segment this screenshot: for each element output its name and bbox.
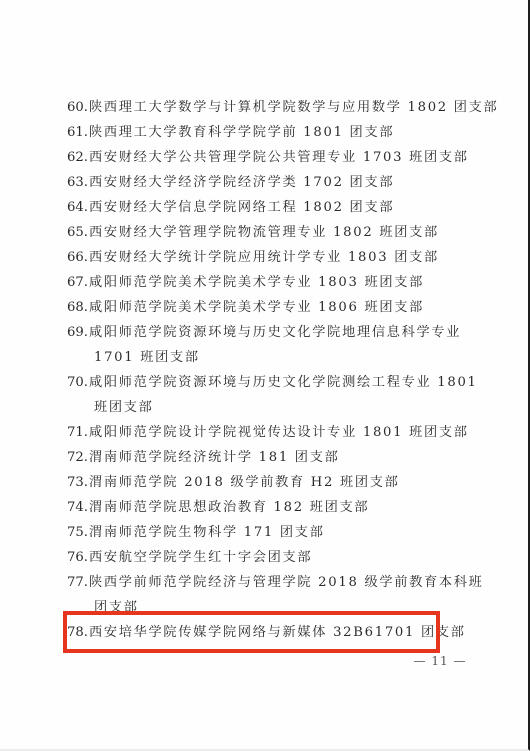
page-number: — 11 — — [405, 652, 475, 670]
item-number: 65. — [67, 225, 88, 240]
branch-list: 60.陕西理工大学数学与计算机学院数学与应用数学 1802 团支部 61.陕西理… — [67, 95, 467, 645]
item-text: 西安航空学院学生红十字会团支部 — [89, 550, 312, 565]
item-number: 74. — [67, 500, 88, 515]
item-text: 咸阳师范学院设计学院视觉传达设计专业 1801 班团支部 — [89, 425, 469, 440]
item-number: 71. — [67, 425, 88, 440]
item-number: 63. — [67, 175, 88, 190]
item-number: 67. — [67, 275, 88, 290]
item-text: 咸阳师范学院资源环境与历史文化学院地理信息科学专业 — [89, 325, 461, 340]
item-text: 咸阳师范学院美术学院美术学专业 1803 班团支部 — [89, 275, 424, 290]
list-item-75: 75.渭南师范学院生物科学 171 团支部 — [67, 520, 467, 545]
list-item-76: 76.西安航空学院学生红十字会团支部 — [67, 545, 467, 570]
item-text: 西安财经大学经济学院经济学类 1702 团支部 — [89, 175, 394, 190]
list-item-70: 70.咸阳师范学院资源环境与历史文化学院测绘工程专业 1801 — [67, 370, 467, 395]
item-number: 73. — [67, 475, 88, 490]
item-number: 69. — [67, 325, 88, 340]
list-item-74: 74.渭南师范学院思想政治教育 182 班团支部 — [67, 495, 467, 520]
item-text: 西安财经大学信息学院网络工程 1802 团支部 — [89, 200, 394, 215]
item-text: 渭南师范学院 2018 级学前教育 H2 班团支部 — [89, 475, 400, 490]
item-text: 西安财经大学管理学院物流管理专业 1802 班团支部 — [89, 225, 439, 240]
list-item-66: 66.西安财经大学统计学院应用统计学专业 1803 团支部 — [67, 245, 467, 270]
item-number: 61. — [67, 125, 88, 140]
item-number: 77. — [67, 575, 88, 590]
item-text: 西安财经大学统计学院应用统计学专业 1803 团支部 — [89, 250, 439, 265]
list-item-61: 61.陕西理工大学教育科学学院学前 1801 团支部 — [67, 120, 467, 145]
red-highlight-box — [63, 611, 440, 653]
list-item-62: 62.西安财经大学公共管理学院公共管理专业 1703 班团支部 — [67, 145, 467, 170]
item-text: 咸阳师范学院美术学院美术学专业 1806 班团支部 — [89, 300, 424, 315]
item-text: 陕西理工大学数学与计算机学院数学与应用数学 1802 团支部 — [89, 100, 498, 115]
item-text: 陕西学前师范学院经济与管理学院 2018 级学前教育本科班 — [89, 575, 484, 590]
item-number: 66. — [67, 250, 88, 265]
list-item-73: 73.渭南师范学院 2018 级学前教育 H2 班团支部 — [67, 470, 467, 495]
item-text: 渭南师范学院思想政治教育 182 班团支部 — [89, 500, 369, 515]
item-number: 60. — [67, 100, 88, 115]
item-number: 70. — [67, 375, 88, 390]
list-item-71: 71.咸阳师范学院设计学院视觉传达设计专业 1801 班团支部 — [67, 420, 467, 445]
list-item-69: 69.咸阳师范学院资源环境与历史文化学院地理信息科学专业 — [67, 320, 467, 345]
document-page: 60.陕西理工大学数学与计算机学院数学与应用数学 1802 团支部 61.陕西理… — [0, 0, 530, 751]
item-text: 渭南师范学院生物科学 171 团支部 — [89, 525, 325, 540]
list-item-65: 65.西安财经大学管理学院物流管理专业 1802 班团支部 — [67, 220, 467, 245]
list-item-63: 63.西安财经大学经济学院经济学类 1702 团支部 — [67, 170, 467, 195]
item-number: 72. — [67, 450, 88, 465]
item-text: 渭南师范学院经济统计学 181 团支部 — [89, 450, 339, 465]
list-item-64: 64.西安财经大学信息学院网络工程 1802 团支部 — [67, 195, 467, 220]
list-item-70-continued: 班团支部 — [67, 395, 467, 420]
item-text: 西安财经大学公共管理学院公共管理专业 1703 班团支部 — [89, 150, 469, 165]
item-number: 64. — [67, 200, 88, 215]
item-number: 68. — [67, 300, 88, 315]
item-text-continued: 班团支部 — [94, 400, 154, 415]
item-number: 76. — [67, 550, 88, 565]
item-text: 咸阳师范学院资源环境与历史文化学院测绘工程专业 1801 — [89, 375, 478, 390]
list-item-77: 77.陕西学前师范学院经济与管理学院 2018 级学前教育本科班 — [67, 570, 467, 595]
item-text-continued: 1701 班团支部 — [94, 350, 200, 365]
list-item-67: 67.咸阳师范学院美术学院美术学专业 1803 班团支部 — [67, 270, 467, 295]
item-number: 75. — [67, 525, 88, 540]
list-item-60: 60.陕西理工大学数学与计算机学院数学与应用数学 1802 团支部 — [67, 95, 467, 120]
item-text: 陕西理工大学教育科学学院学前 1801 团支部 — [89, 125, 394, 140]
item-number: 62. — [67, 150, 88, 165]
list-item-69-continued: 1701 班团支部 — [67, 345, 467, 370]
list-item-72: 72.渭南师范学院经济统计学 181 团支部 — [67, 445, 467, 470]
list-item-68: 68.咸阳师范学院美术学院美术学专业 1806 班团支部 — [67, 295, 467, 320]
